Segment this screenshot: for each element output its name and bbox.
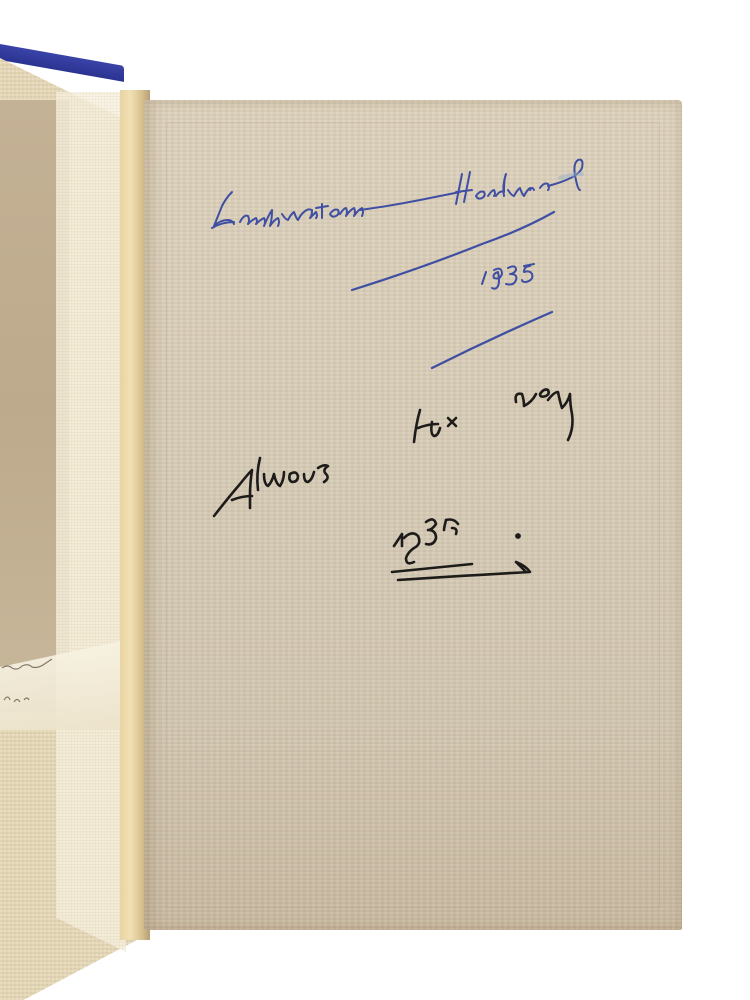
plate-caption: illegible handwritten caption	[2, 758, 64, 798]
tissue-guard	[56, 92, 126, 952]
blue-inscription-name: Laurie Watson Hardwicke	[0, 0, 1, 1]
signature-year: 1935.	[0, 0, 1, 1]
book-photo: illegible handwritten caption	[0, 0, 750, 1000]
title-leaf-page	[144, 100, 682, 930]
blue-inscription-year: 1935	[0, 0, 1, 1]
signature-text: Aldous Huxley	[0, 0, 1, 1]
